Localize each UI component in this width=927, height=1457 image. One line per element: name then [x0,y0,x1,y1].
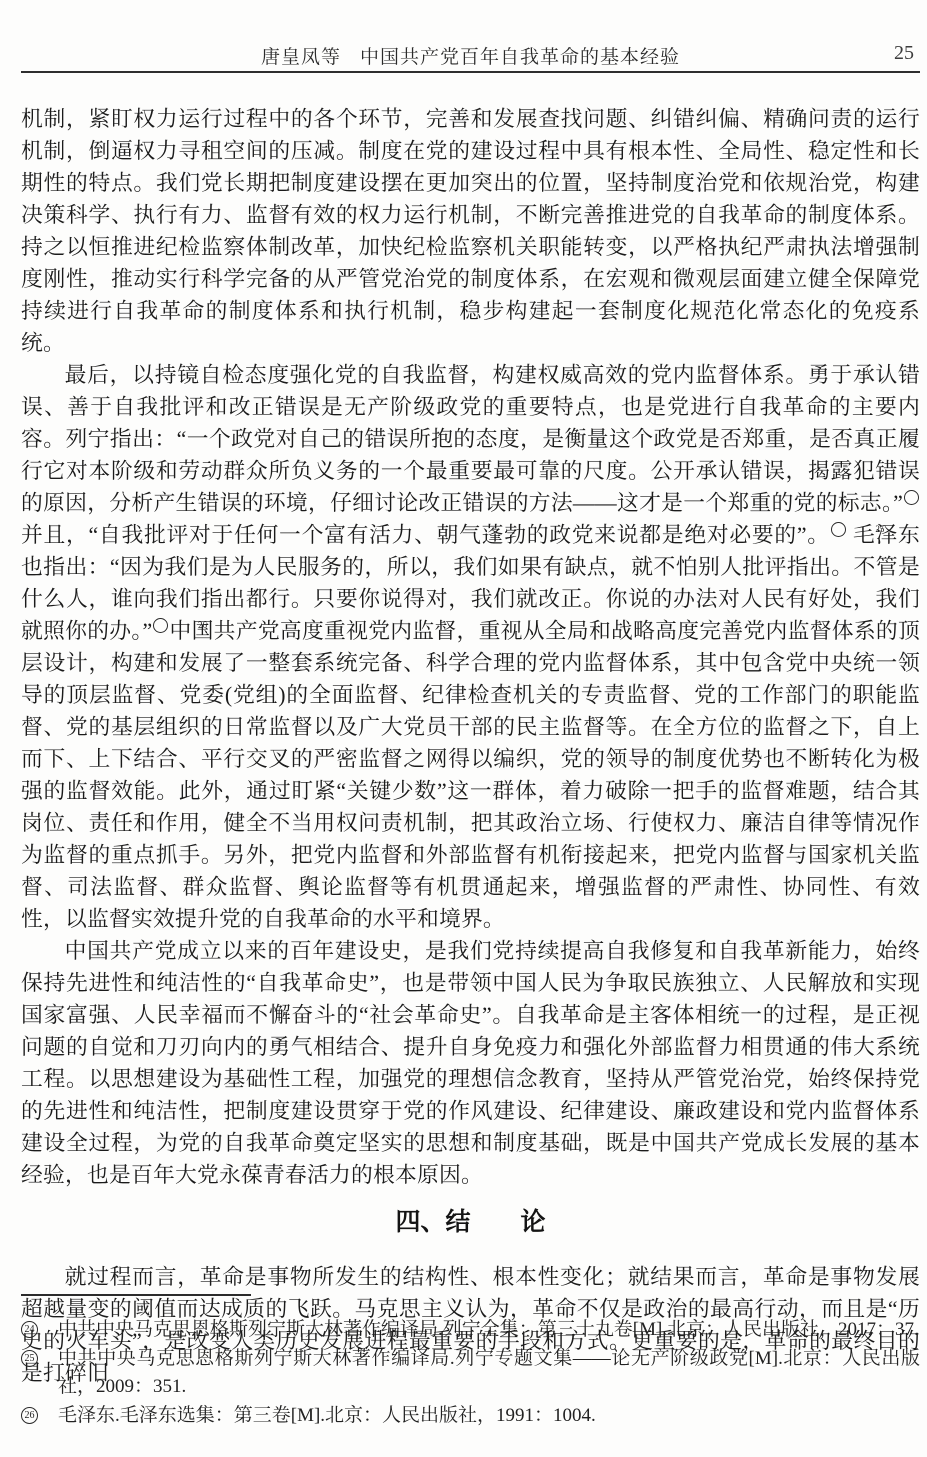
page-number: 25 [894,42,914,65]
running-header-title: 唐皇凤等中国共产党百年自我革命的基本经验 [21,42,920,69]
footnote-text: 中共中央马克思恩格斯列宁斯大林著作编译局.列宁全集：第三十九卷[M].北京：人民… [58,1316,920,1345]
header-article-title: 中国共产党百年自我革命的基本经验 [360,47,680,68]
citation-marker-icon: 26 [153,618,168,633]
footnote-item: 25 中共中央马克思恩格斯列宁斯大林著作编译局.列宁专题文集——论无产阶级政党[… [21,1345,920,1402]
header-rule [21,71,920,73]
footnote-marker-icon: 26 [21,1407,38,1424]
footnote-item: 24 中共中央马克思恩格斯列宁斯大林著作编译局.列宁全集：第三十九卷[M].北京… [21,1316,920,1345]
footnote-rule [21,1294,251,1296]
citation-marker-icon: 25 [831,522,846,537]
paragraph-supervision: 最后，以持镜自检态度强化党的自我监督，构建权威高效的党内监督体系。勇于承认错误、… [21,359,920,935]
running-header: 唐皇凤等中国共产党百年自我革命的基本经验 25 [21,42,920,66]
paragraph-summary: 中国共产党成立以来的百年建设史，是我们党持续提高自我修复和自我革新能力，始终保持… [21,935,920,1191]
section-heading-conclusion: 四、结 论 [21,1207,920,1239]
header-authors: 唐皇凤等 [261,47,341,68]
footnote-text: 毛泽东.毛泽东选集：第三卷[M].北京：人民出版社，1991：1004. [58,1402,920,1431]
paragraph-continued: 机制，紧盯权力运行过程中的各个环节，完善和发展查找问题、纠错纠偏、精确问责的运行… [21,103,920,359]
footnote-area: 24 中共中央马克思恩格斯列宁斯大林著作编译局.列宁全集：第三十九卷[M].北京… [21,1294,920,1430]
citation-marker-icon: 24 [904,490,919,505]
footnote-marker-icon: 24 [21,1321,38,1338]
footnote-item: 26 毛泽东.毛泽东选集：第三卷[M].北京：人民出版社，1991：1004. [21,1402,920,1431]
footnote-text: 中共中央马克思恩格斯列宁斯大林著作编译局.列宁专题文集——论无产阶级政党[M].… [58,1345,920,1402]
footnote-list: 24 中共中央马克思恩格斯列宁斯大林著作编译局.列宁全集：第三十九卷[M].北京… [21,1316,920,1430]
article-body: 机制，紧盯权力运行过程中的各个环节，完善和发展查找问题、纠错纠偏、精确问责的运行… [21,103,920,1389]
paper-page: 唐皇凤等中国共产党百年自我革命的基本经验 25 机制，紧盯权力运行过程中的各个环… [0,0,927,1457]
footnote-marker-icon: 25 [21,1350,38,1367]
